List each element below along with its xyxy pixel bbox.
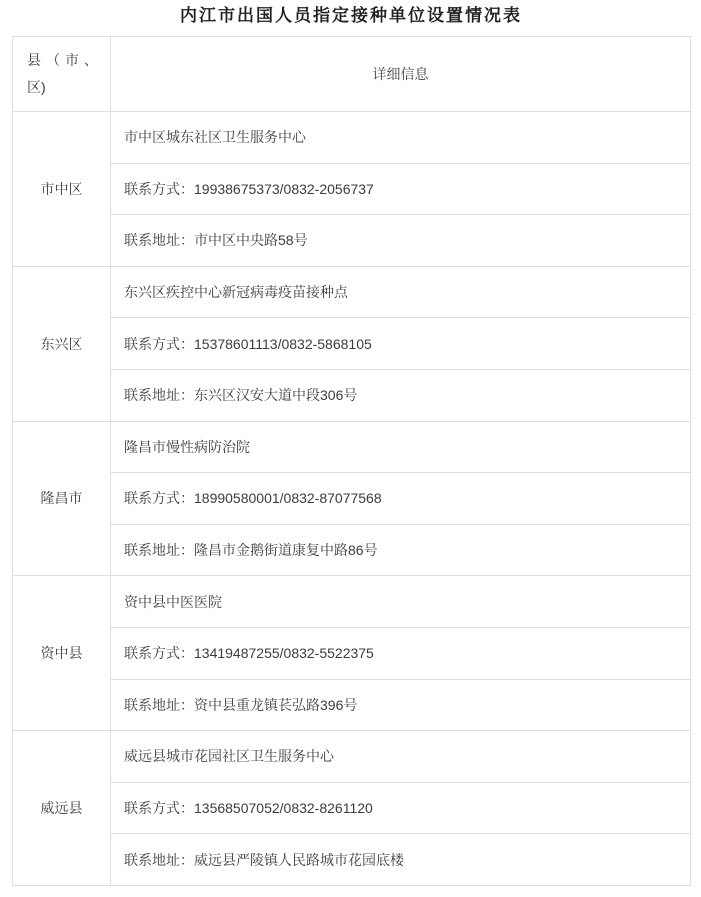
table-row: 隆昌市 隆昌市慢性病防治院 bbox=[13, 421, 691, 473]
header-row: 县（市、区) 详细信息 bbox=[13, 37, 691, 112]
table-row: 联系地址：市中区中央路58号 bbox=[13, 215, 691, 267]
detail-cell: 威远县城市花园社区卫生服务中心 bbox=[111, 731, 691, 783]
detail-cell: 联系地址：东兴区汉安大道中段306号 bbox=[111, 369, 691, 421]
detail-cell: 联系方式：19938675373/0832-2056737 bbox=[111, 163, 691, 215]
detail-cell: 联系地址：威远县严陵镇人民路城市花园底楼 bbox=[111, 834, 691, 886]
table-row: 联系地址：威远县严陵镇人民路城市花园底楼 bbox=[13, 834, 691, 886]
table-row: 联系方式：19938675373/0832-2056737 bbox=[13, 163, 691, 215]
header-detail-column: 详细信息 bbox=[111, 37, 691, 112]
table-row: 威远县 威远县城市花园社区卫生服务中心 bbox=[13, 731, 691, 783]
detail-cell: 联系方式：13568507052/0832-8261120 bbox=[111, 782, 691, 834]
detail-cell: 东兴区疾控中心新冠病毒疫苗接种点 bbox=[111, 266, 691, 318]
table-row: 联系方式：18990580001/0832-87077568 bbox=[13, 473, 691, 525]
vaccination-units-table: 县（市、区) 详细信息 市中区 市中区城东社区卫生服务中心 联系方式：19938… bbox=[12, 36, 691, 886]
header-region-column: 县（市、区) bbox=[13, 37, 111, 112]
table-row: 联系地址：隆昌市金鹅街道康复中路86号 bbox=[13, 524, 691, 576]
page: 内江市出国人员指定接种单位设置情况表 县（市、区) 详细信息 市中区 市中区城东… bbox=[0, 0, 701, 897]
table-body: 市中区 市中区城东社区卫生服务中心 联系方式：19938675373/0832-… bbox=[13, 112, 691, 886]
detail-cell: 联系方式：13419487255/0832-5522375 bbox=[111, 627, 691, 679]
region-cell: 威远县 bbox=[13, 731, 111, 886]
page-title: 内江市出国人员指定接种单位设置情况表 bbox=[12, 5, 690, 27]
detail-cell: 资中县中医医院 bbox=[111, 576, 691, 628]
table-row: 资中县 资中县中医医院 bbox=[13, 576, 691, 628]
detail-cell: 联系地址：市中区中央路58号 bbox=[111, 215, 691, 267]
table-header: 县（市、区) 详细信息 bbox=[13, 37, 691, 112]
table-row: 市中区 市中区城东社区卫生服务中心 bbox=[13, 112, 691, 164]
detail-cell: 隆昌市慢性病防治院 bbox=[111, 421, 691, 473]
region-cell: 市中区 bbox=[13, 112, 111, 267]
table-row: 联系方式：13568507052/0832-8261120 bbox=[13, 782, 691, 834]
region-cell: 隆昌市 bbox=[13, 421, 111, 576]
table-row: 联系方式：13419487255/0832-5522375 bbox=[13, 627, 691, 679]
detail-cell: 联系方式：18990580001/0832-87077568 bbox=[111, 473, 691, 525]
table-row: 联系方式：15378601113/0832-5868105 bbox=[13, 318, 691, 370]
table-row: 联系地址：东兴区汉安大道中段306号 bbox=[13, 369, 691, 421]
region-cell: 资中县 bbox=[13, 576, 111, 731]
detail-cell: 联系地址：资中县重龙镇苌弘路396号 bbox=[111, 679, 691, 731]
table-row: 东兴区 东兴区疾控中心新冠病毒疫苗接种点 bbox=[13, 266, 691, 318]
detail-cell: 联系方式：15378601113/0832-5868105 bbox=[111, 318, 691, 370]
detail-cell: 联系地址：隆昌市金鹅街道康复中路86号 bbox=[111, 524, 691, 576]
detail-cell: 市中区城东社区卫生服务中心 bbox=[111, 112, 691, 164]
table-row: 联系地址：资中县重龙镇苌弘路396号 bbox=[13, 679, 691, 731]
region-cell: 东兴区 bbox=[13, 266, 111, 421]
